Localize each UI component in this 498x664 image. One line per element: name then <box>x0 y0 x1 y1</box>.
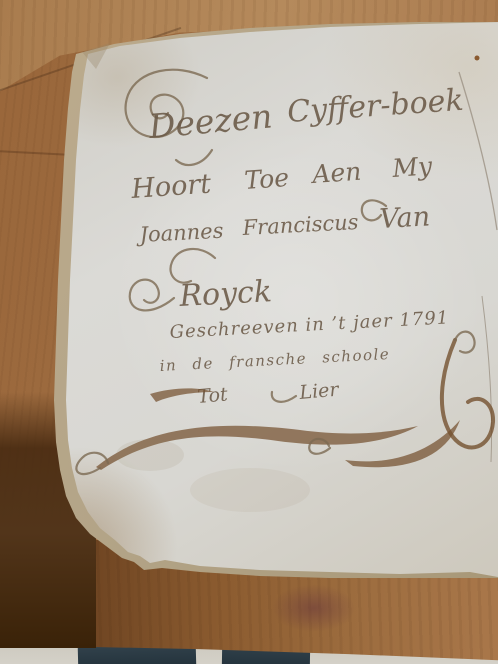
manuscript-line5: Geschreeven in ’t jaer 1791 <box>169 307 450 343</box>
paper-stain-speck <box>475 56 480 61</box>
manuscript-title-word: Cyffer-boek <box>286 83 465 130</box>
manuscript-line7-word: Lier <box>298 378 342 404</box>
paper-fold-shadow <box>82 43 110 69</box>
paper-stain <box>116 439 184 471</box>
manuscript-line2-word: My <box>390 151 434 183</box>
manuscript-line2-word: Hoort <box>129 168 212 205</box>
capital-r-spiral-flourish <box>130 280 174 311</box>
manuscript-line2-word: Toe <box>243 163 290 195</box>
manuscript-line6: in de fransche schoole <box>159 345 390 375</box>
capital-l-curl <box>272 392 296 402</box>
underline-swash <box>345 420 460 467</box>
manuscript-line2-word: Aen <box>309 157 362 189</box>
manuscript-title-word: Deezen <box>146 96 274 146</box>
paper-crease <box>459 72 497 230</box>
handwriting-layer: Deezen Cyffer-boek Hoort Toe Aen My Joan… <box>0 0 498 664</box>
paper-stain <box>190 468 310 512</box>
large-loop-top-curl <box>455 332 475 353</box>
manuscript-line7-word: Tot <box>197 383 229 408</box>
manuscript-line4-word: Royck <box>178 274 273 314</box>
capital-d-tail-flourish <box>176 150 212 165</box>
manuscript-line3-word: Joannes <box>135 219 224 248</box>
photo-scene: Deezen Cyffer-boek Hoort Toe Aen My Joan… <box>0 0 498 664</box>
manuscript-line3-word: Franciscus <box>241 210 359 240</box>
